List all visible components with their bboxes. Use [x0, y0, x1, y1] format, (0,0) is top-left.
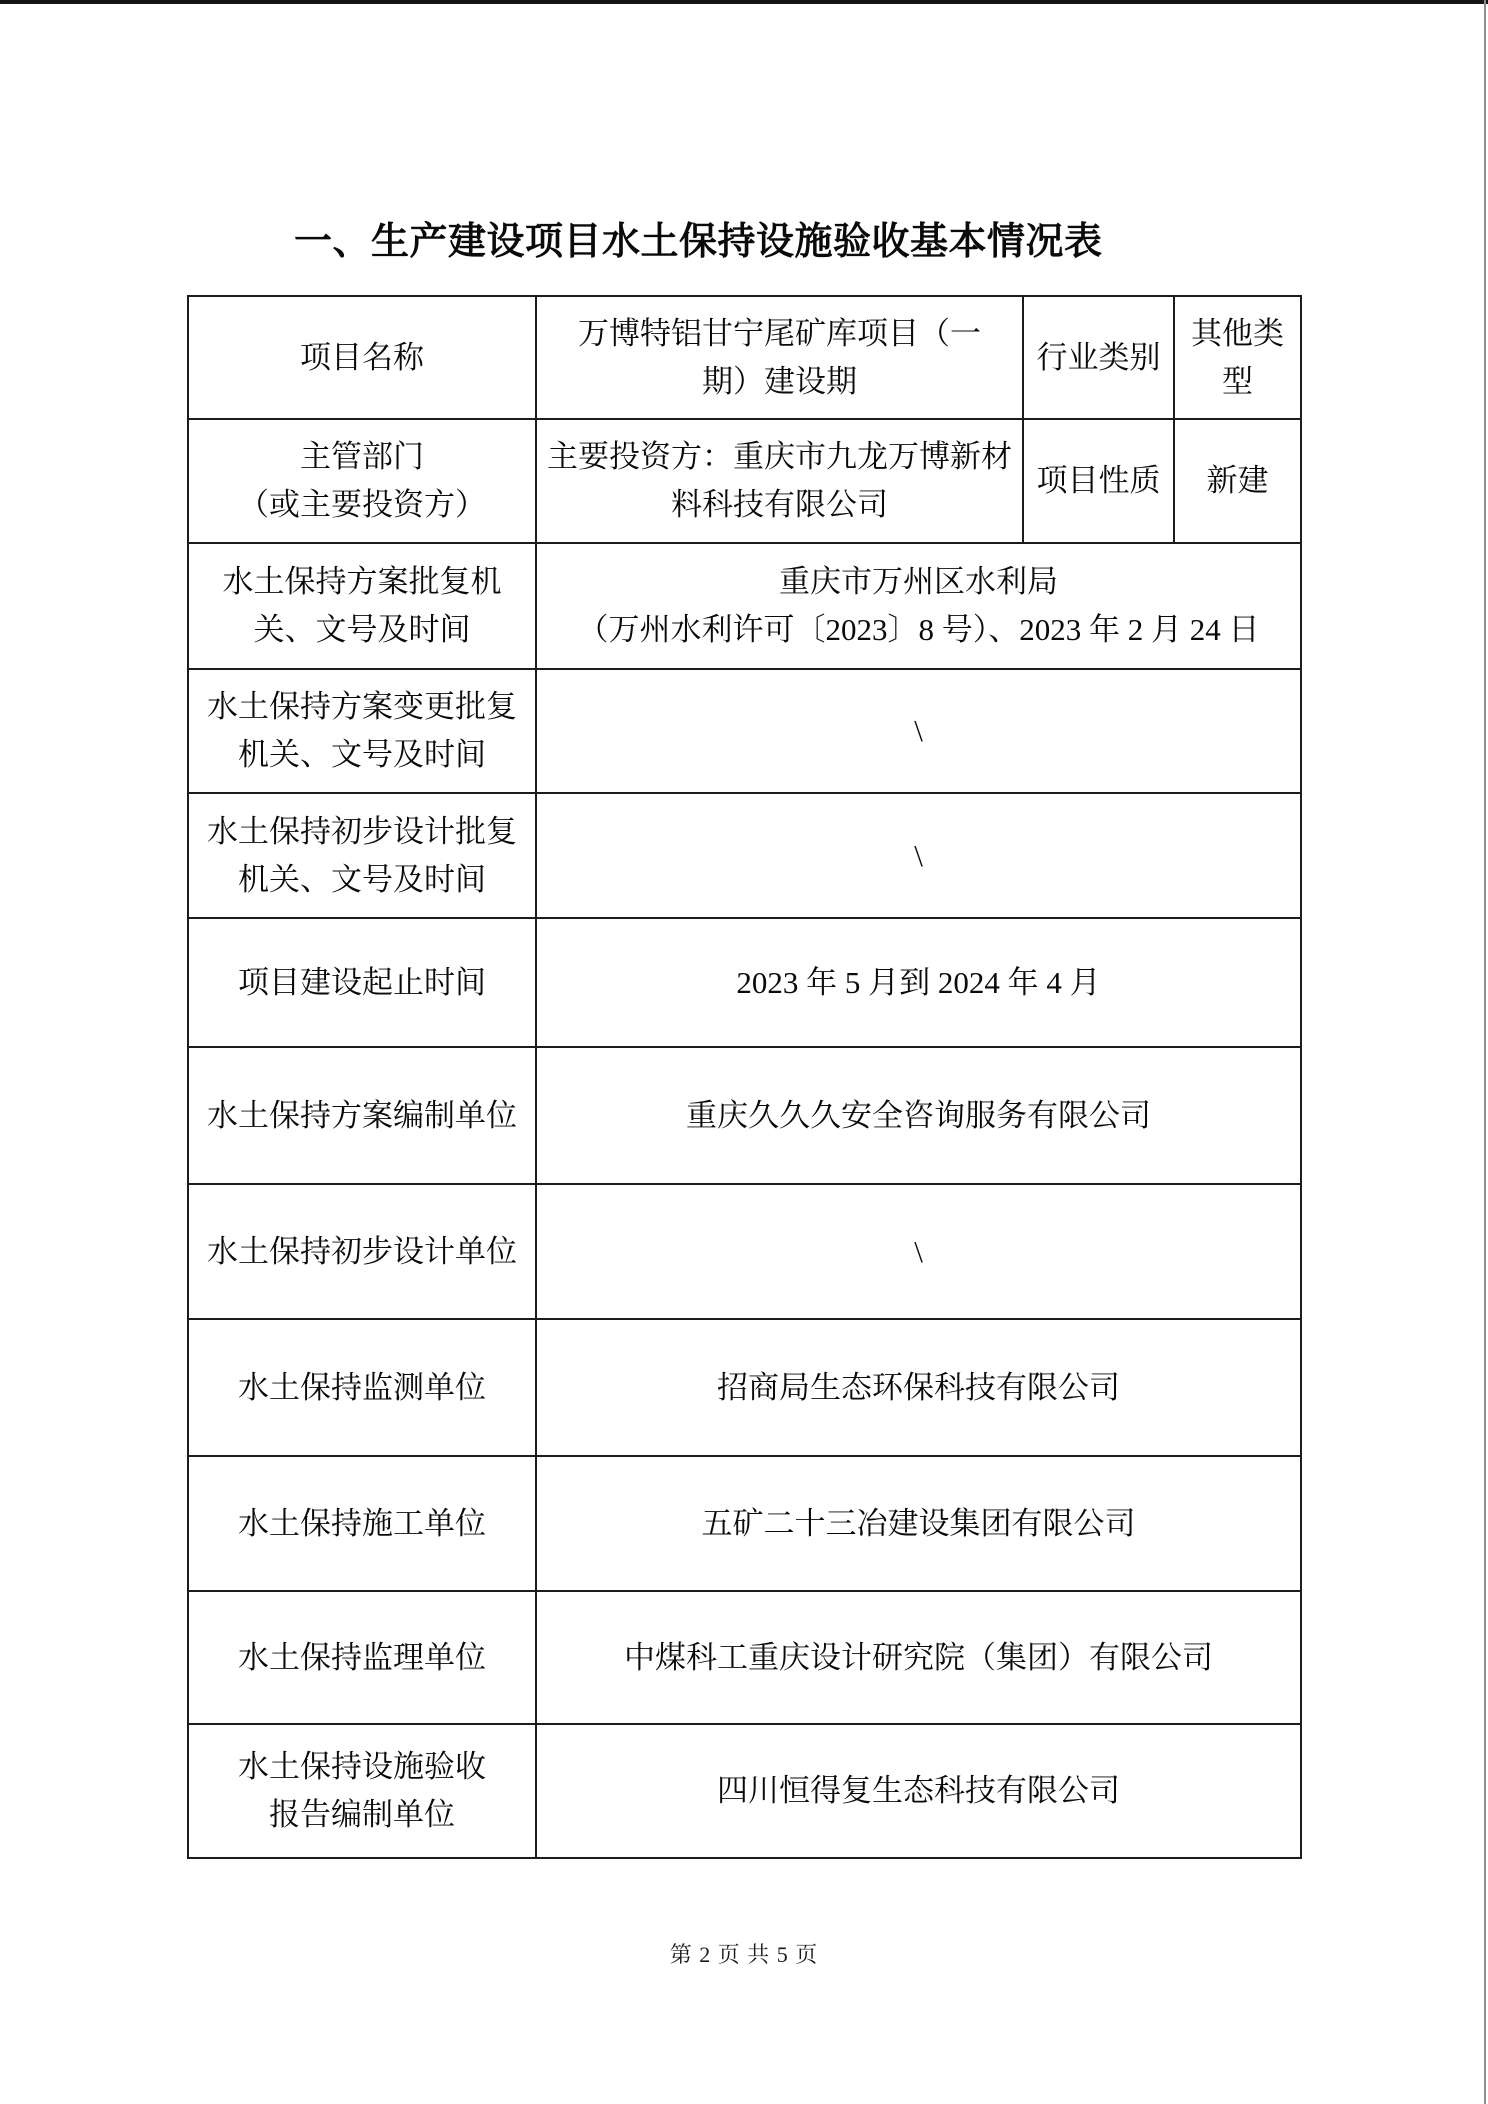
- row-value: 四川恒得复生态科技有限公司: [536, 1724, 1301, 1858]
- row-label: 水土保持设施验收 报告编制单位: [188, 1724, 536, 1858]
- row-value: 重庆久久久安全咨询服务有限公司: [536, 1047, 1301, 1184]
- row-value: 重庆市万州区水利局 （万州水利许可〔2023〕8 号）、2023 年 2 月 2…: [536, 543, 1301, 669]
- row-value: 招商局生态环保科技有限公司: [536, 1319, 1301, 1456]
- row-value-industry: 其他类 型: [1174, 296, 1301, 419]
- page-title: 一、生产建设项目水土保持设施验收基本情况表: [294, 210, 1103, 265]
- row-value: 五矿二十三冶建设集团有限公司: [536, 1456, 1301, 1591]
- row-label: 项目名称: [188, 296, 536, 419]
- row-label: 水土保持监理单位: [188, 1591, 536, 1724]
- page-number-footer: 第 2 页 共 5 页: [0, 1938, 1488, 1969]
- row-label: 主管部门 （或主要投资方）: [188, 419, 536, 543]
- table-row-preliminary-design-unit: 水土保持初步设计单位 \: [188, 1184, 1301, 1319]
- row-value: \: [536, 793, 1301, 918]
- row-label: 水土保持方案编制单位: [188, 1047, 536, 1184]
- row-label-nature: 项目性质: [1023, 419, 1174, 543]
- row-value: 万博特铝甘宁尾矿库项目（一 期）建设期: [536, 296, 1023, 419]
- table-row-plan-change-approval: 水土保持方案变更批复 机关、文号及时间 \: [188, 669, 1301, 793]
- row-label: 水土保持方案批复机 关、文号及时间: [188, 543, 536, 669]
- basic-info-table: 项目名称 万博特铝甘宁尾矿库项目（一 期）建设期 行业类别 其他类 型 主管部门…: [187, 295, 1302, 1859]
- row-label: 水土保持方案变更批复 机关、文号及时间: [188, 669, 536, 793]
- table-row-construction-period: 项目建设起止时间 2023 年 5 月到 2024 年 4 月: [188, 918, 1301, 1047]
- page-right-edge-line: [1484, 0, 1486, 2104]
- table-row-acceptance-report-unit: 水土保持设施验收 报告编制单位 四川恒得复生态科技有限公司: [188, 1724, 1301, 1858]
- row-label-industry: 行业类别: [1023, 296, 1174, 419]
- row-value: 2023 年 5 月到 2024 年 4 月: [536, 918, 1301, 1047]
- table-row-construction-unit: 水土保持施工单位 五矿二十三冶建设集团有限公司: [188, 1456, 1301, 1591]
- table-row-department: 主管部门 （或主要投资方） 主要投资方：重庆市九龙万博新材 料科技有限公司 项目…: [188, 419, 1301, 543]
- table-row-monitoring-unit: 水土保持监测单位 招商局生态环保科技有限公司: [188, 1319, 1301, 1456]
- table-row-plan-approval: 水土保持方案批复机 关、文号及时间 重庆市万州区水利局 （万州水利许可〔2023…: [188, 543, 1301, 669]
- row-value-nature: 新建: [1174, 419, 1301, 543]
- row-value: \: [536, 669, 1301, 793]
- table-row-supervision-unit: 水土保持监理单位 中煤科工重庆设计研究院（集团）有限公司: [188, 1591, 1301, 1724]
- row-value: 主要投资方：重庆市九龙万博新材 料科技有限公司: [536, 419, 1023, 543]
- table-row-preliminary-design-approval: 水土保持初步设计批复 机关、文号及时间 \: [188, 793, 1301, 918]
- row-label: 水土保持初步设计单位: [188, 1184, 536, 1319]
- table-row-plan-compilation-unit: 水土保持方案编制单位 重庆久久久安全咨询服务有限公司: [188, 1047, 1301, 1184]
- table-row-project-name: 项目名称 万博特铝甘宁尾矿库项目（一 期）建设期 行业类别 其他类 型: [188, 296, 1301, 419]
- row-value: \: [536, 1184, 1301, 1319]
- row-label: 水土保持监测单位: [188, 1319, 536, 1456]
- row-label: 项目建设起止时间: [188, 918, 536, 1047]
- row-value: 中煤科工重庆设计研究院（集团）有限公司: [536, 1591, 1301, 1724]
- row-label: 水土保持施工单位: [188, 1456, 536, 1591]
- row-label: 水土保持初步设计批复 机关、文号及时间: [188, 793, 536, 918]
- page-top-edge: [0, 0, 1488, 4]
